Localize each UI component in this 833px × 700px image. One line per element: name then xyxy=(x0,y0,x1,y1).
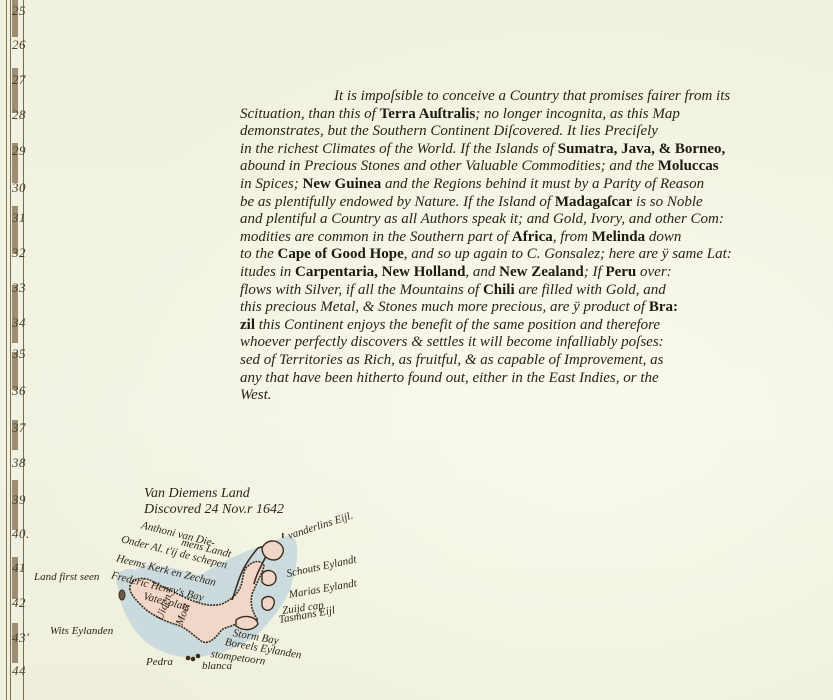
label-blanca: blanca xyxy=(202,660,232,672)
rock-pedra-blanca xyxy=(196,654,201,659)
map-title-van-diemens-land: Van Diemens Land xyxy=(144,486,250,502)
van-diemens-land-map xyxy=(0,0,833,700)
rock-pedra-blanca xyxy=(191,657,196,662)
label-wits-eylanden: Wits Eylanden xyxy=(50,625,113,637)
rock-pedra-blanca xyxy=(186,656,191,661)
island-land-first-seen xyxy=(119,590,125,600)
island-marias xyxy=(262,597,274,611)
label-land-first-seen: Land first seen xyxy=(34,571,99,583)
map-discovery-date: Discovred 24 Nov.r 1642 xyxy=(144,502,284,518)
rock-north xyxy=(282,533,284,538)
island-vanderlins xyxy=(262,541,283,560)
island-schouts xyxy=(262,571,276,586)
label-pedra: Pedra xyxy=(146,656,173,668)
